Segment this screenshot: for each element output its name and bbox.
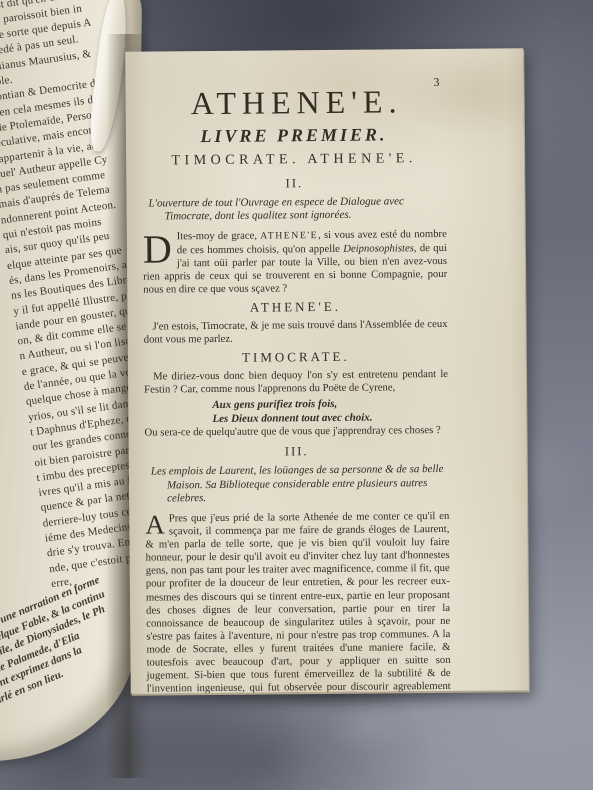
chapter-speakers: TIMOCRATE. ATHENE'E. [142, 151, 446, 170]
paragraph-dites-moy-text: Ites-moy de grace, ATHENE'E, si vous ave… [143, 228, 447, 295]
section-2-argument: L'ouverture de tout l'Ouvrage en espece … [142, 195, 446, 224]
paragraph-apres-que-text: Pres que j'eus prié de la sorte Athenée … [145, 510, 450, 694]
speaker-heading-athenee: ATHENE'E. [143, 298, 447, 317]
speaker-heading-timocrate: TIMOCRATE. [144, 348, 448, 367]
section-3-argument: Les emplois de Laurent, les loüanges de … [145, 463, 449, 505]
book-subtitle: LIVRE PREMIER. [142, 124, 446, 148]
drop-cap-d: D [143, 231, 177, 266]
right-book-page: 3 ATHENE'E. LIVRE PREMIER. TIMOCRATE. AT… [125, 48, 529, 693]
paragraph-me-diriez: Me diriez-vous donc bien dequoy l'on s'y… [144, 368, 448, 397]
paragraph-jen-estois: J'en estois, Timocrate, & je me suis tro… [144, 318, 448, 347]
drop-cap-a: A [145, 512, 169, 536]
paragraph-ou-sera-ce: Ou sera-ce de quelqu'autre que de vous q… [144, 424, 448, 440]
book-title: ATHENE'E. [142, 83, 446, 123]
paragraph-dites-moy: DItes-moy de grace, ATHENE'E, si vous av… [143, 228, 448, 296]
paragraph-apres-que: APres que j'eus prié de la sorte Athenée… [145, 510, 451, 694]
page-number: 3 [433, 75, 439, 90]
section-3-number: III. [145, 443, 449, 461]
section-2-number: II. [142, 175, 446, 193]
